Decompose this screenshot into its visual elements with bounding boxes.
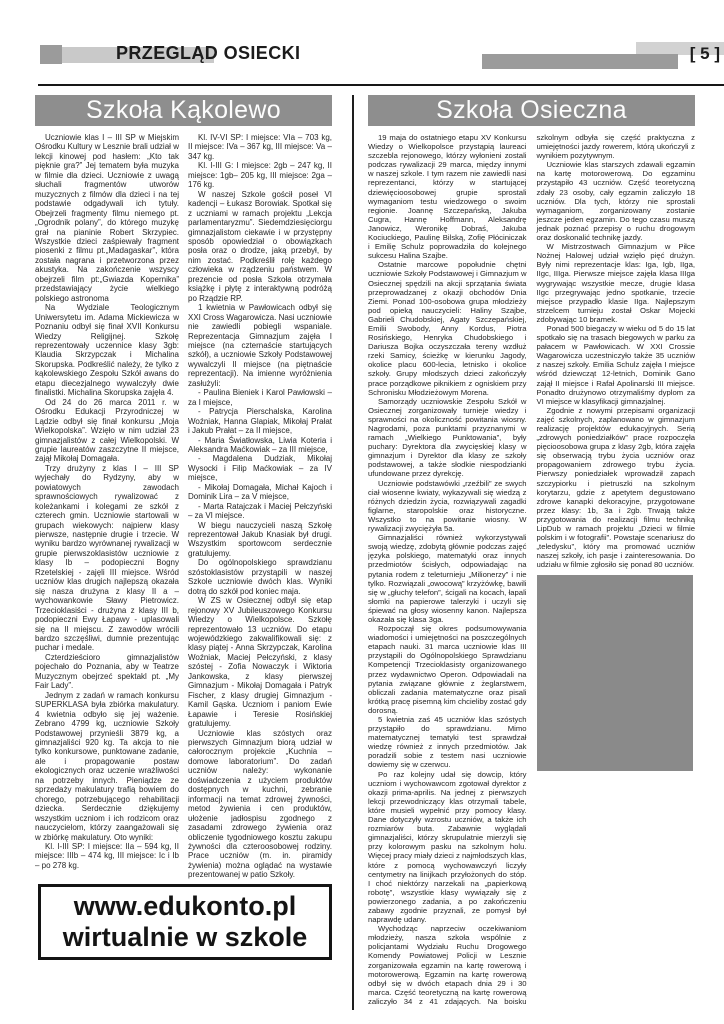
section-title-osieczna: Szkoła Osieczna [368, 95, 695, 126]
paragraph: Do ogólnopolskiego sprawdzianu szóstokla… [188, 558, 332, 596]
paragraph: Na Wydziale Teologicznym Uniwersytetu im… [35, 303, 179, 398]
paragraph: Uczniowie klas starszych zdawali egzamin… [537, 160, 696, 242]
paragraph: W naszej Szkole gościł poseł VI kadencji… [188, 190, 332, 303]
paragraph: Gimnazjaliści również wykorzystywali swo… [368, 533, 527, 624]
paragraph: Ostatnie marcowe popołudnie chętni uczni… [368, 260, 527, 396]
newspaper-title: PRZEGLĄD OSIECKI [116, 43, 300, 64]
paragraph: Trzy drużyny z klas I – III SP wyjechały… [35, 464, 179, 653]
paragraph: - Maria Światłowska, Liwia Koteria i Ale… [188, 436, 332, 455]
masthead-decor-bar-right [482, 54, 678, 69]
paragraph: Uczniowie klas I – III SP w Miejskim Ośr… [35, 133, 179, 303]
paragraph: Czterdzieścioro gimnazjalistów pojechało… [35, 653, 179, 691]
paragraph: 1 kwietnia w Pawłowicach odbył się XXI C… [188, 303, 332, 388]
newspaper-page: PRZEGLĄD OSIECKI [ 5 ] Szkoła Kąkolewo S… [0, 0, 724, 1024]
paragraph: Kl. IV-VI SP: I miejsce: VIa – 703 kg, I… [188, 133, 332, 161]
masthead: PRZEGLĄD OSIECKI [ 5 ] [38, 42, 724, 88]
paragraph: Zgodnie z nowymi przepisami organizacji … [537, 406, 696, 570]
paragraph: 5 kwietnia zaś 45 uczniów klas szóstych … [368, 715, 527, 770]
paragraph: - Magdalena Dudziak, Mikołaj Wysocki i F… [188, 454, 332, 482]
paragraph: 19 maja do ostatniego etapu XV Konkursu … [368, 133, 527, 260]
paragraph: - Patrycja Pierschalska, Karolina Woźnia… [188, 407, 332, 435]
page-number: [ 5 ] [690, 44, 720, 64]
ad-slogan: wirtualnie w szkole [63, 922, 308, 953]
paragraph: Rozpoczął się okres podsumowywania wiado… [368, 624, 527, 715]
article-osieczna-body: 19 maja do ostatniego etapu XV Konkursu … [368, 133, 695, 1015]
paragraph: W Mistrzostwach Gimnazjum w Piłce Nożnej… [537, 242, 696, 324]
paragraph: Jednym z zadań w ramach konkursu SUPERKL… [35, 691, 179, 842]
paragraph: W ZS w Osiecznej odbył się etap rejonowy… [188, 596, 332, 728]
paragraph: Samorządy uczniowskie Zespołu Szkół w Os… [368, 397, 527, 479]
paragraph: Kl. I-III SP: I miejsce: IIa – 594 kg, I… [35, 842, 179, 870]
paragraph: Po raz kolejny udał się dowcip, który uc… [368, 770, 527, 925]
masthead-rule [38, 84, 724, 86]
paragraph: Ponad 500 biegaczy w wieku od 5 do 15 la… [537, 324, 696, 406]
paragraph-group-kakolewo: Uczniowie klas I – III SP w Miejskim Ośr… [35, 133, 332, 881]
article-kakolewo-body: Uczniowie klas I – III SP w Miejskim Ośr… [35, 133, 332, 881]
paragraph: - Marta Ratajczak i Maciej Pełczyński – … [188, 502, 332, 521]
section-title-kakolewo: Szkoła Kąkolewo [35, 95, 332, 126]
photo-students-at-food-table [537, 575, 694, 771]
column-divider [352, 95, 354, 1010]
paragraph: Kl. I-III G: I miejsce: 2gb – 247 kg, II… [188, 161, 332, 189]
paragraph: Uczniowie podstawówki „rzeźbili” ze swyc… [368, 479, 527, 534]
article-photo [537, 575, 694, 771]
masthead-decor-square [40, 45, 62, 64]
ad-url: www.edukonto.pl [74, 891, 297, 922]
paragraph: - Mikołaj Domagała, Michał Kajoch i Domi… [188, 483, 332, 502]
paragraph: Uczniowie klas szóstych oraz pierwszych … [188, 729, 332, 880]
paragraph: W biegu nauczycieli naszą Szkołę repreze… [188, 521, 332, 559]
advertisement-edukonto: www.edukonto.pl wirtualnie w szkole [38, 884, 332, 960]
paragraph: Od 24 do 26 marca 2011 r. w Ośrodku Eduk… [35, 398, 179, 464]
paragraph: - Paulina Bieniek i Karol Pawłowski – za… [188, 388, 332, 407]
